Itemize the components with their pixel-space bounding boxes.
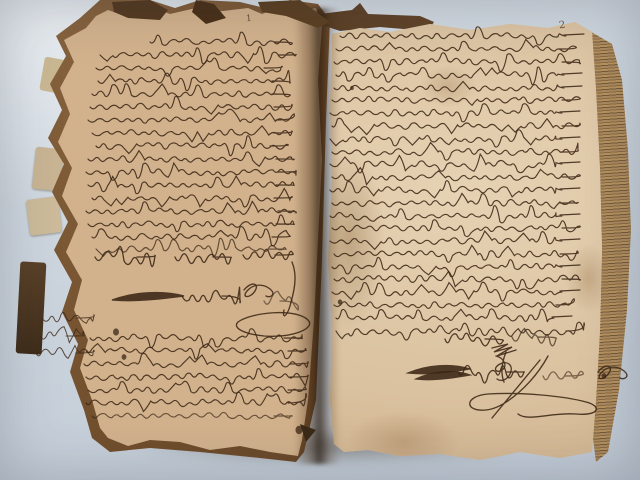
dark-spine-fragment [16, 261, 47, 354]
folio-number-right: 2 [558, 20, 565, 32]
folio-number-left: 1 [246, 14, 252, 24]
torn-paper-tab [26, 196, 62, 236]
manuscript-photo: signaturesignatureTranetDuboisparaph … a… [0, 0, 640, 480]
binding-gutter-shadow [294, 8, 340, 464]
